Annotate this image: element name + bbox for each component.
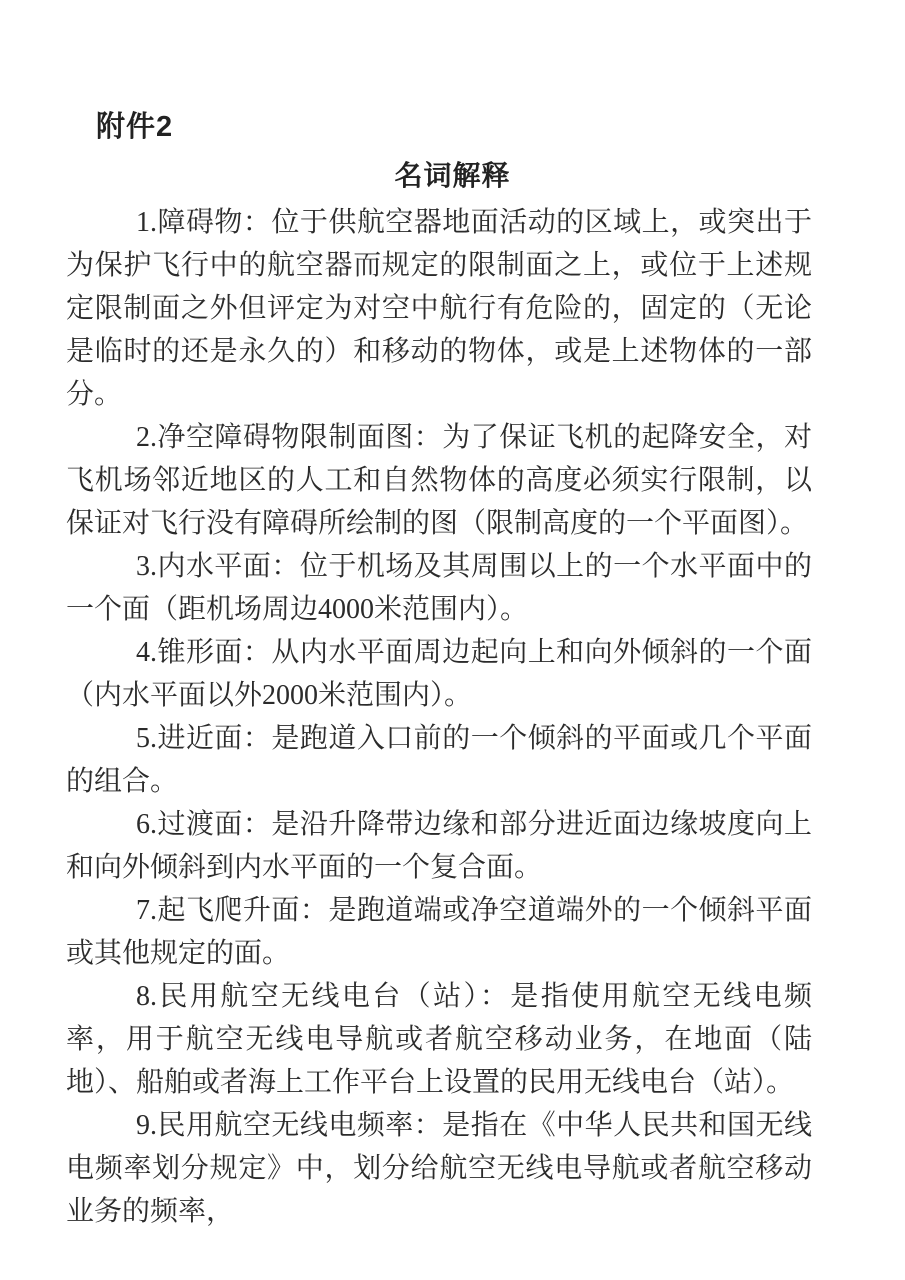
definition-paragraph-4: 4.锥形面：从内水平面周边起向上和向外倾斜的一个面（内水平面以外2000米范围内… — [66, 631, 812, 717]
definition-paragraph-6: 6.过渡面：是沿升降带边缘和部分进近面边缘坡度向上和向外倾斜到内水平面的一个复合… — [66, 803, 812, 889]
definition-paragraph-9: 9.民用航空无线电频率：是指在《中华人民共和国无线电频率划分规定》中，划分给航空… — [66, 1104, 812, 1233]
document-page: 附件2 名词解释 1.障碍物：位于供航空器地面活动的区域上，或突出于为保护飞行中… — [0, 0, 905, 1280]
definition-paragraph-2: 2.净空障碍物限制面图：为了保证飞机的起降安全，对飞机场邻近地区的人工和自然物体… — [66, 416, 812, 545]
definition-paragraph-7: 7.起飞爬升面：是跑道端或净空道端外的一个倾斜平面或其他规定的面。 — [66, 889, 812, 975]
document-body: 1.障碍物：位于供航空器地面活动的区域上，或突出于为保护飞行中的航空器而规定的限… — [66, 201, 812, 1233]
document-title: 名词解释 — [0, 159, 905, 193]
attachment-label: 附件2 — [96, 110, 173, 144]
definition-paragraph-5: 5.进近面：是跑道入口前的一个倾斜的平面或几个平面的组合。 — [66, 717, 812, 803]
definition-paragraph-8: 8.民用航空无线电台（站）：是指使用航空无线电频率，用于航空无线电导航或者航空移… — [66, 975, 812, 1104]
definition-paragraph-3: 3.内水平面：位于机场及其周围以上的一个水平面中的一个面（距机场周边4000米范… — [66, 545, 812, 631]
definition-paragraph-1: 1.障碍物：位于供航空器地面活动的区域上，或突出于为保护飞行中的航空器而规定的限… — [66, 201, 812, 416]
